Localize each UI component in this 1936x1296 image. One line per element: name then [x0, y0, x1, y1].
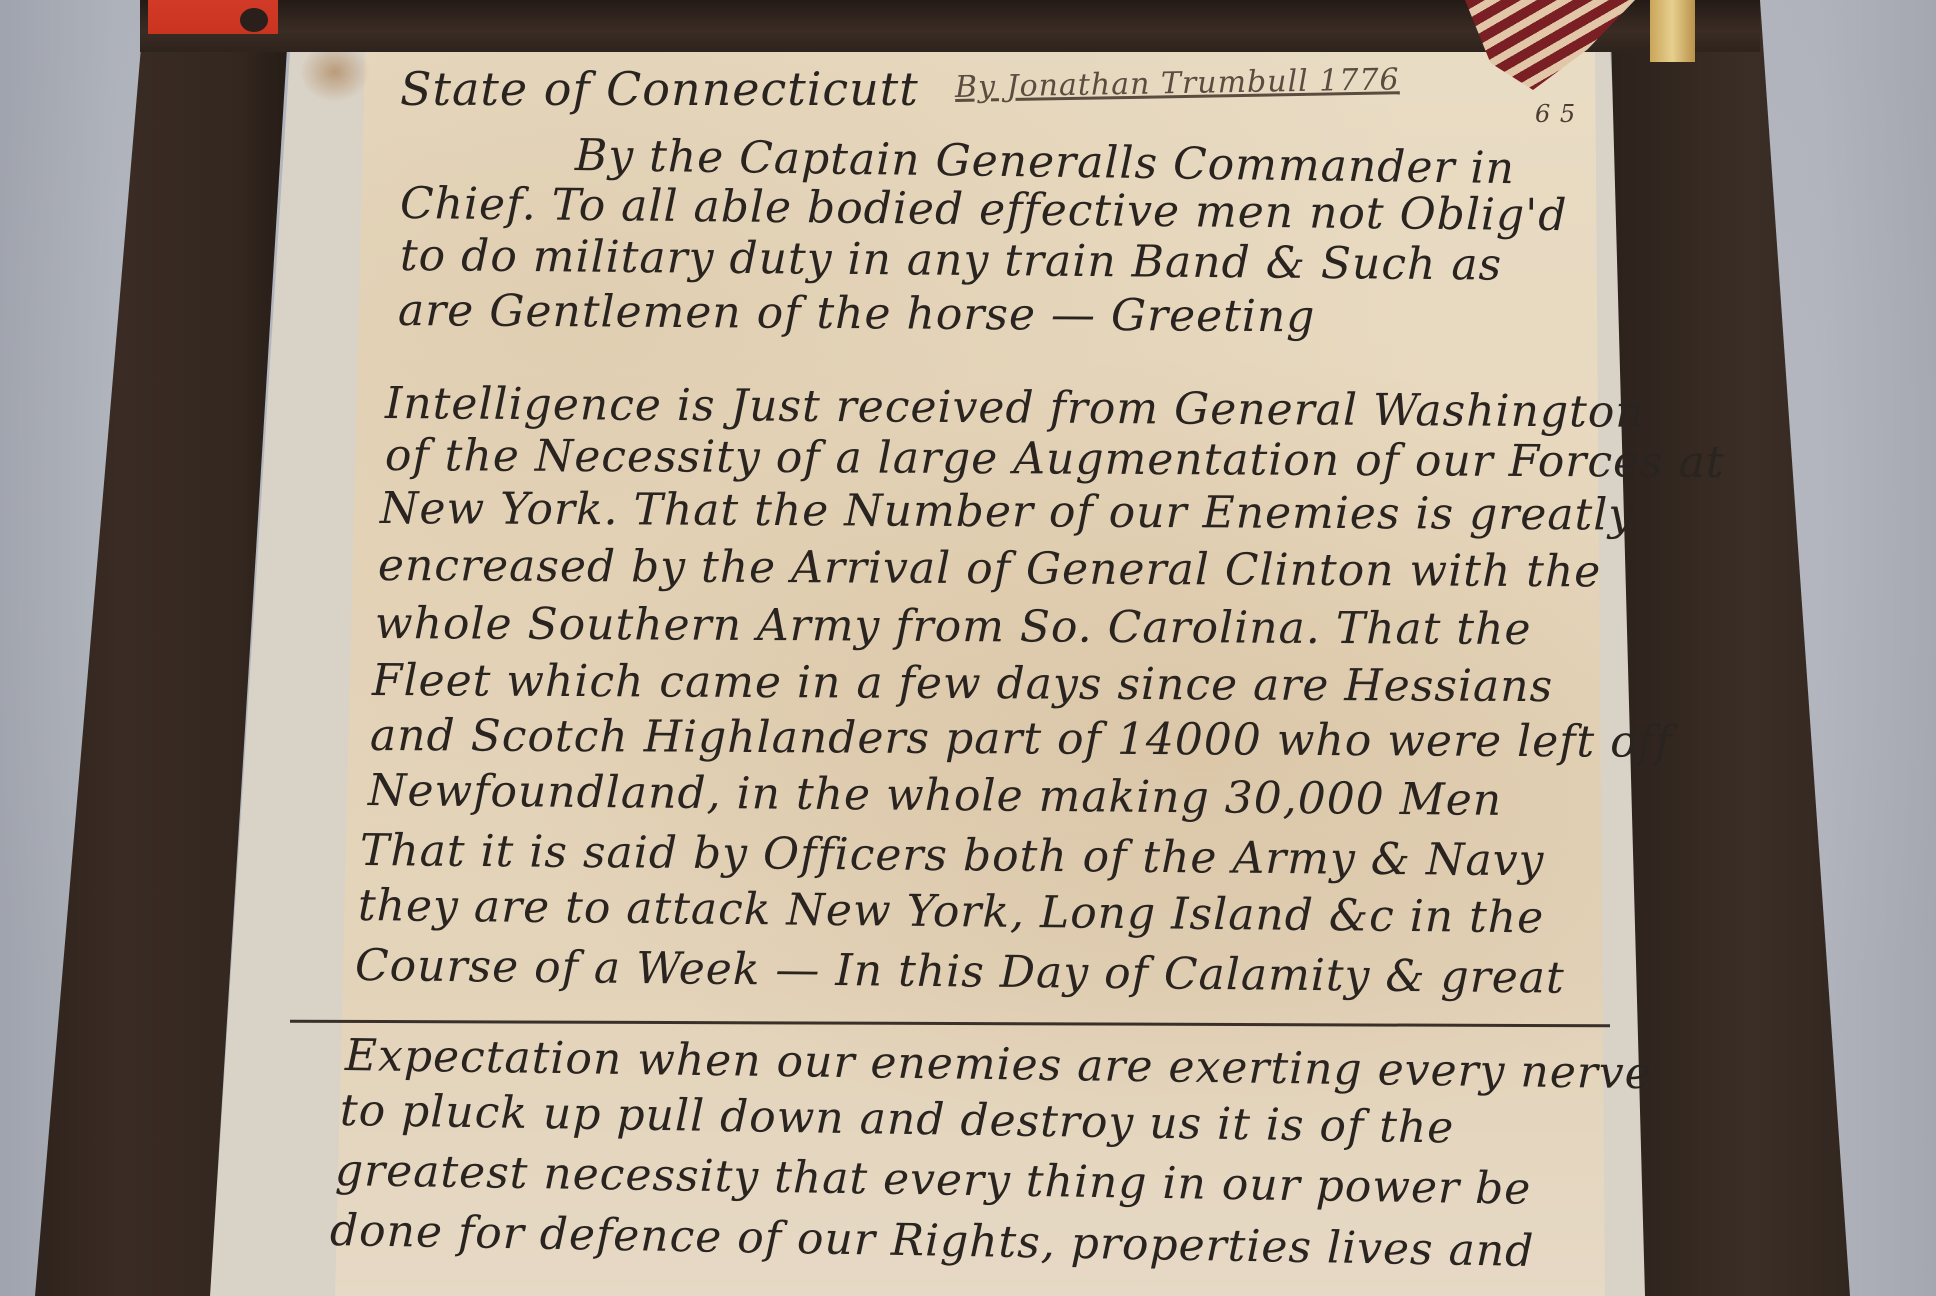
- gold-foil-tab: [1650, 0, 1695, 62]
- manuscript-line: New York. That the Number of our Enemies…: [380, 483, 1634, 541]
- manuscript-line: encreased by the Arrival of General Clin…: [378, 540, 1602, 597]
- water-stain: [300, 52, 370, 102]
- manuscript-line: whole Southern Army from So. Carolina. T…: [375, 598, 1532, 655]
- manuscript-line: Fleet which came in a few days since are…: [372, 655, 1553, 712]
- manuscript-line: and Scotch Highlanders part of 14000 who…: [370, 710, 1672, 768]
- folio-mark: 6 5: [1535, 100, 1576, 128]
- manuscript-line: That it is said by Officers both of the …: [360, 825, 1545, 886]
- manuscript-line: of the Necessity of a large Augmentation…: [385, 430, 1725, 488]
- document-title: State of Connecticutt: [400, 62, 919, 116]
- manuscript-line: Newfoundland, in the whole making 30,000…: [368, 765, 1503, 826]
- manuscript-line: Intelligence is Just received from Gener…: [385, 378, 1645, 438]
- nail-hole: [240, 8, 268, 32]
- manuscript-line: are Gentlemen of the horse — Greeting: [398, 285, 1316, 342]
- manuscript-line: to do military duty in any train Band & …: [400, 230, 1503, 291]
- frame-right-rail: [1600, 0, 1936, 1296]
